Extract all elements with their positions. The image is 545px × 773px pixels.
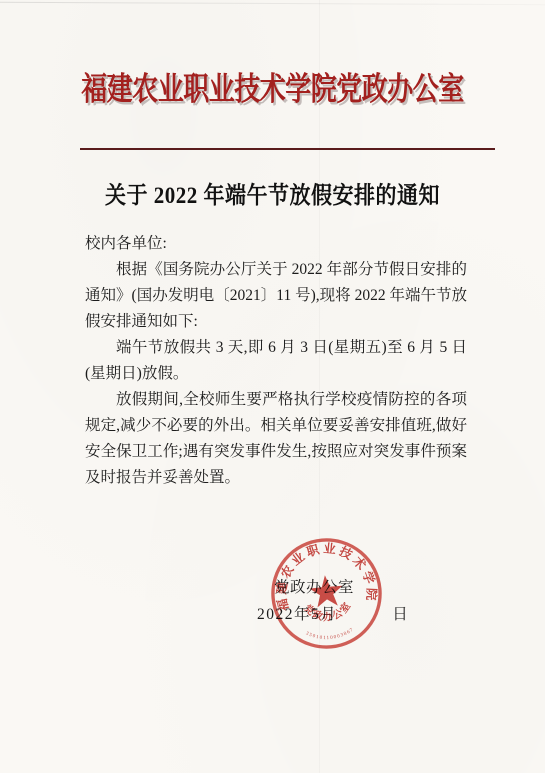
svg-text:党政办公室: 党政办公室: [301, 598, 355, 626]
notice-title: 关于 2022 年端午节放假安排的通知: [0, 177, 545, 211]
document-page: 福建农业职业技术学院党政办公室 关于 2022 年端午节放假安排的通知 校内各单…: [0, 0, 545, 773]
letterhead-divider: [80, 148, 495, 150]
signature-date-suffix: 日: [392, 606, 409, 623]
official-seal: 福建农业职业技术学院 党政办公室 35010110003867: [262, 529, 391, 658]
seal-star: [308, 574, 344, 608]
notice-body: 校内各单位: 根据《国务院办公厅关于 2022 年部分节假日安排的通知》(国办发…: [85, 231, 467, 491]
paragraph-requirements: 放假期间,全校师生要严格执行学校疫情防控的各项规定,减少不必要的外出。相关单位要…: [85, 387, 467, 491]
paragraph-holiday-dates: 端午节放假共 3 天,即 6 月 3 日(星期五)至 6 月 5 日(星期日)放…: [85, 335, 467, 387]
salutation: 校内各单位:: [85, 231, 467, 257]
scan-artifact-top-edge: [0, 2, 545, 5]
letterhead-org-name: 福建农业职业技术学院党政办公室: [0, 64, 545, 109]
seal-inner-text: 党政办公室: [301, 598, 355, 626]
paragraph-policy-basis: 根据《国务院办公厅关于 2022 年部分节假日安排的通知》(国办发明电〔2021…: [85, 257, 467, 335]
